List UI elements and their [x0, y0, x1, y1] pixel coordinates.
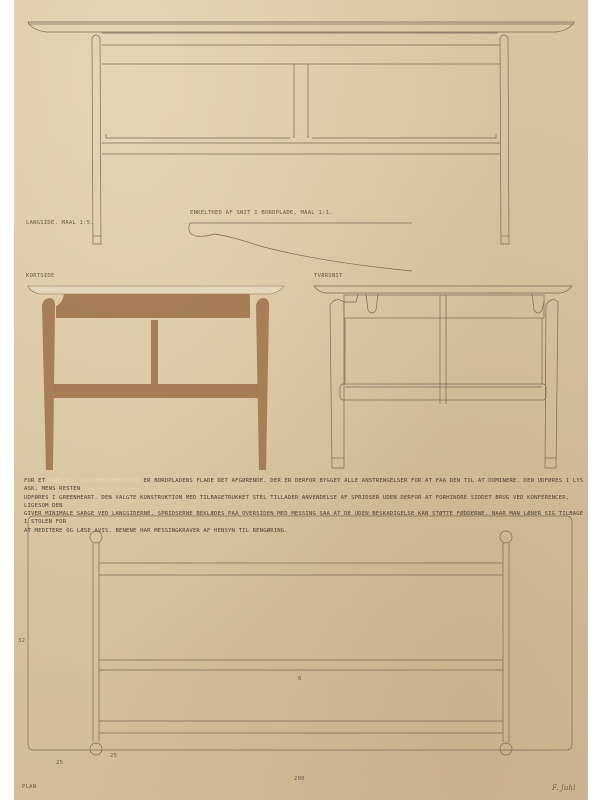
plan-dim-bottom-center: 200	[294, 776, 305, 782]
signature: F. Juhl	[552, 784, 576, 792]
description-notes: FOR ET ARBEJDS- OG KONFERENCEBORD ER BOR…	[24, 477, 584, 535]
plan-view	[28, 516, 572, 755]
short-side-elevation	[28, 286, 284, 470]
plan-label: PLAN	[22, 784, 36, 790]
highlighted-phrase: ARBEJDS- OG KONFERENCEBORD	[49, 478, 140, 484]
note-line-2: UDFØRES I GREENHEART. DEN VALGTE KONSTRU…	[24, 494, 584, 511]
short-side-label: KORTSIDE	[26, 273, 55, 279]
edge-detail-label: ENKELTHED AF SNIT I BORDPLADE, MAAL 1:1.	[190, 210, 333, 216]
plan-dim-left: 32	[18, 638, 25, 644]
cross-section-label: TVÆRSNIT	[314, 273, 343, 279]
cross-section	[314, 286, 572, 468]
note-line-4: AT MEDITERE OG LÆSE AVIS. BENENE HAR MES…	[24, 527, 584, 535]
long-side-label: LANGSIDE, MAAL 1:5.	[26, 220, 94, 226]
plan-dim-bottom-left: 25	[56, 760, 63, 766]
edge-detail-profile	[189, 223, 412, 271]
plan-dim-corner: 25	[110, 753, 117, 759]
note-line-1: FOR ET ARBEJDS- OG KONFERENCEBORD ER BOR…	[24, 477, 584, 494]
plan-dim-center: 6	[298, 676, 302, 682]
note-line-3: GIVER MINIMALE SARGE VED LANGSIDERNE. SP…	[24, 510, 584, 527]
